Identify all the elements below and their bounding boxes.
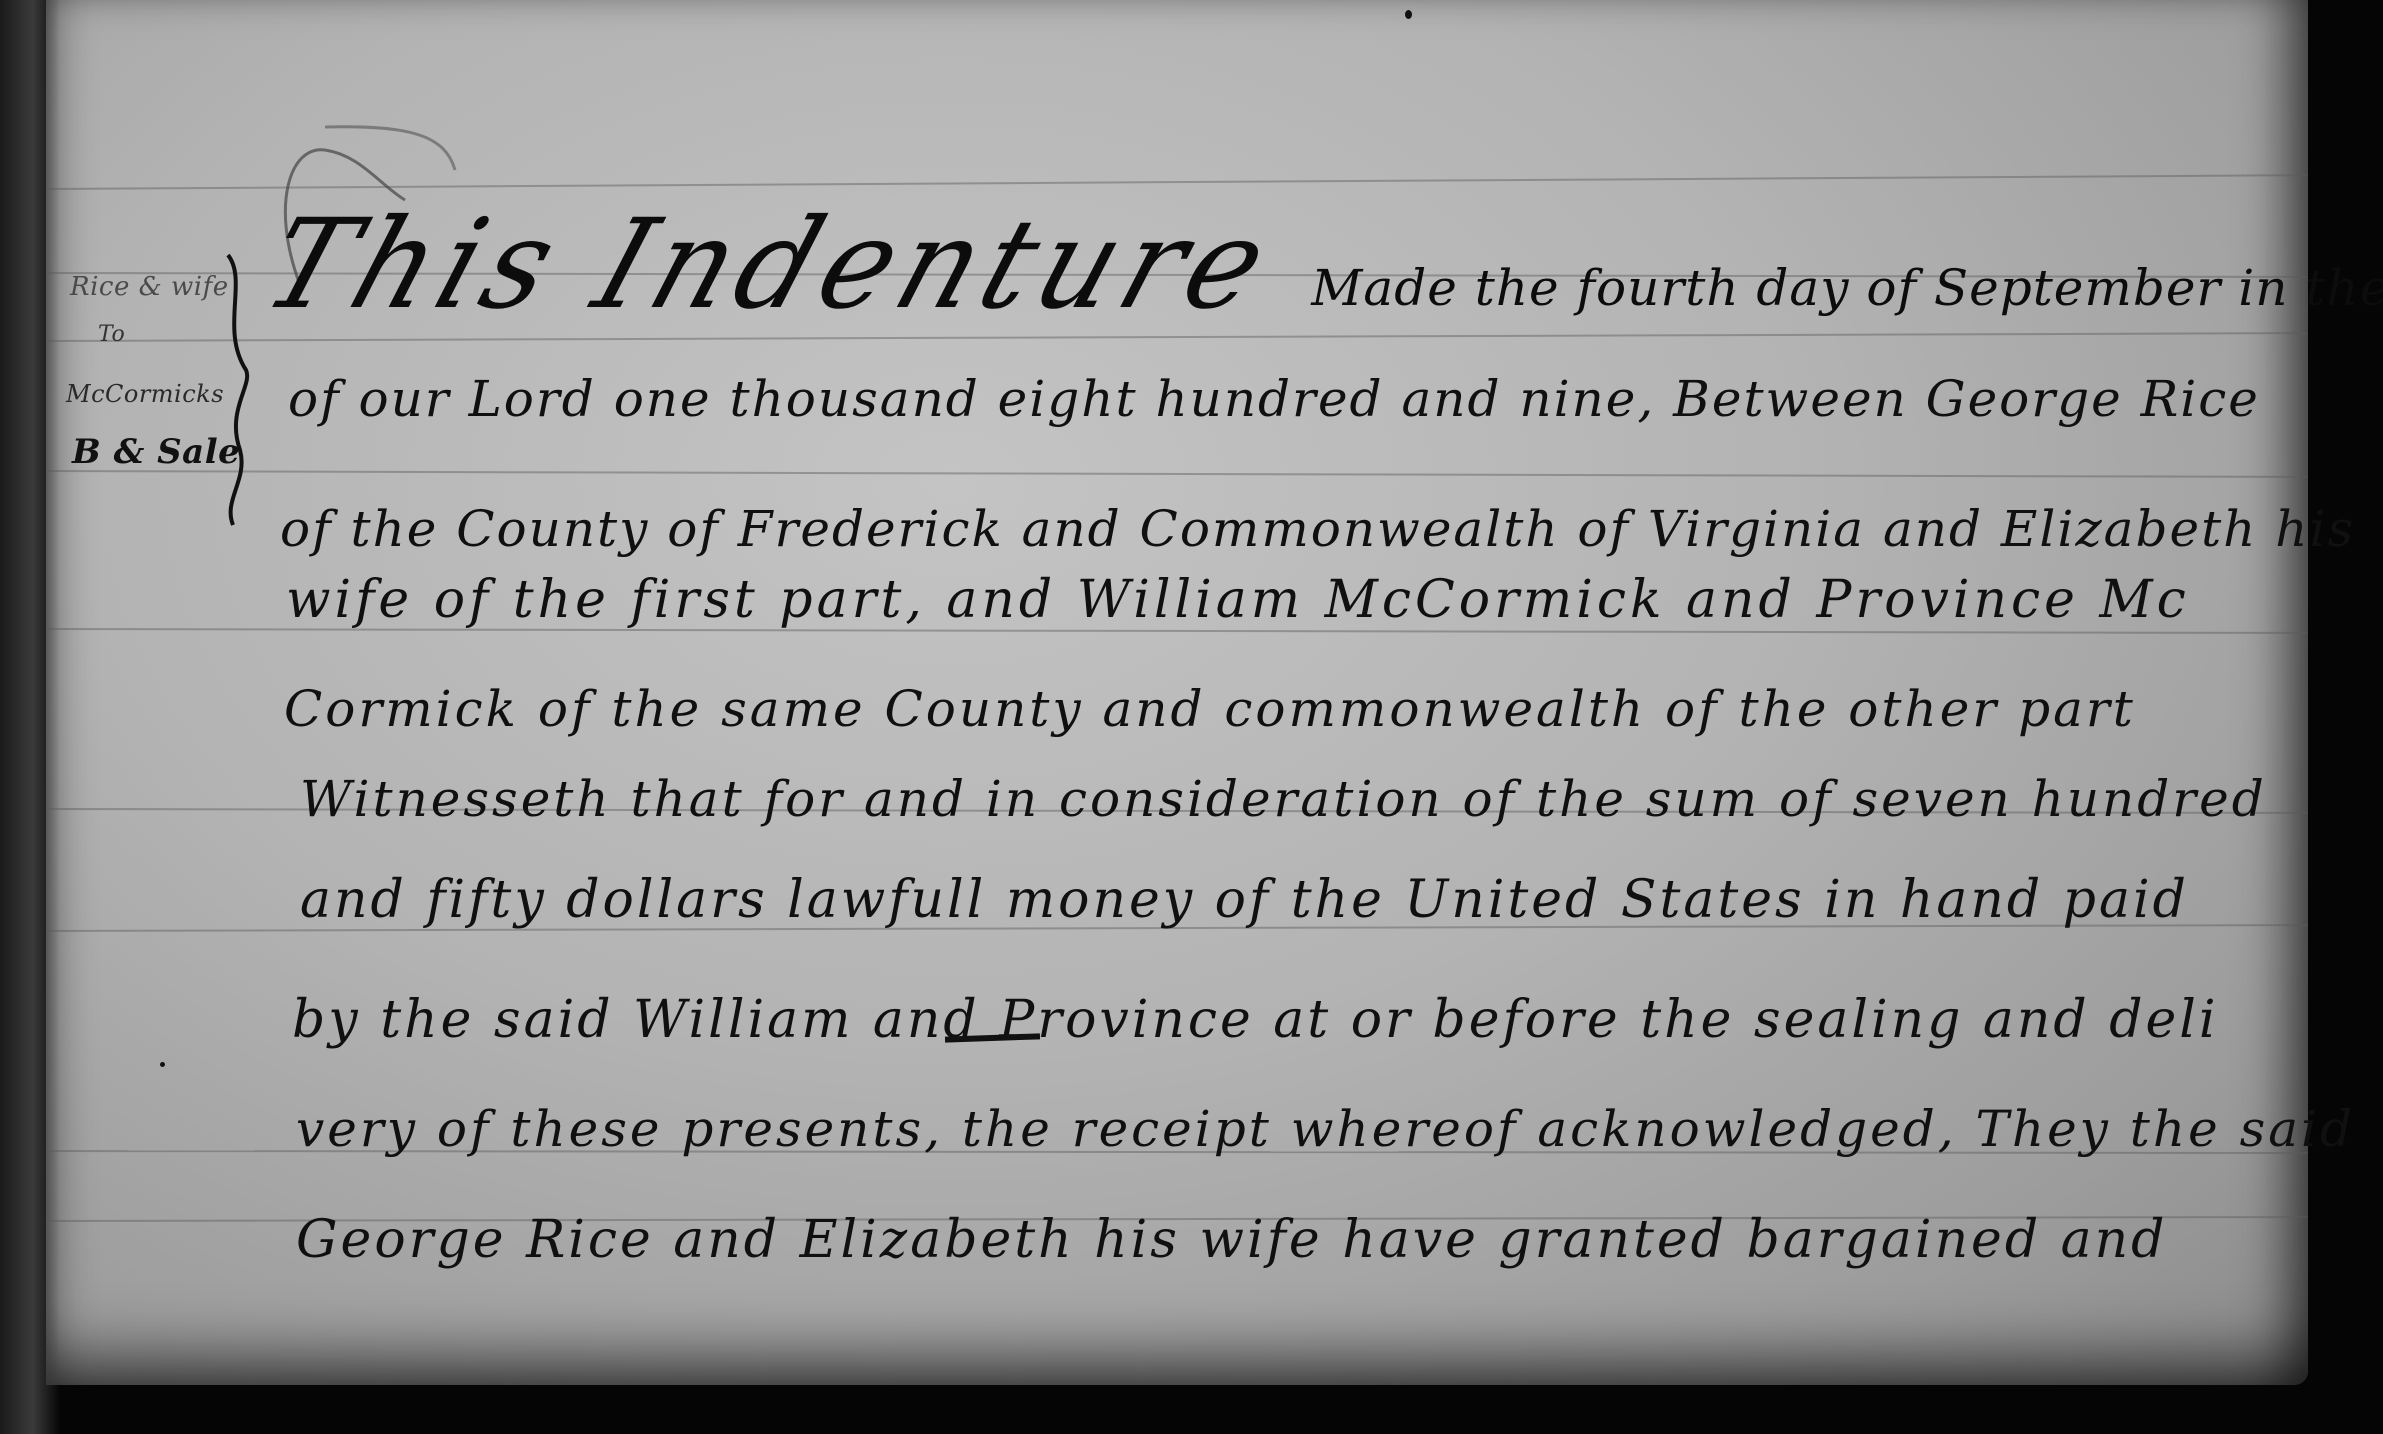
deed-line: Witnesseth that for and in consideration… (300, 770, 2267, 828)
deed-line: of the County of Frederick and Commonwea… (280, 500, 2355, 558)
deed-line: by the said William and Province at or b… (292, 990, 2219, 1050)
deed-line: and fifty dollars lawfull money of the U… (300, 870, 2189, 930)
ink-speck (160, 1062, 165, 1067)
deed-line: wife of the first part, and William McCo… (286, 570, 2190, 630)
deed-line: very of these presents, the receipt wher… (296, 1100, 2355, 1158)
binding-shadow (0, 0, 60, 1434)
margin-note-line: B & Sale (72, 432, 240, 472)
margin-note-line: Rice & wife (70, 272, 229, 302)
margin-note-line: To (98, 322, 125, 347)
deed-line: Cormick of the same County and commonwea… (284, 680, 2136, 738)
margin-note-line: McCormicks (66, 380, 224, 408)
deed-line: of our Lord one thousand eight hundred a… (288, 370, 2260, 428)
brace-icon (218, 250, 258, 530)
deed-heading: This Indenture Made the fourth day of Se… (272, 195, 2383, 333)
deed-title: This Indenture (248, 192, 1291, 337)
deed-line-text: by the said William and Province at or b… (292, 990, 2219, 1050)
deed-line: George Rice and Elizabeth his wife have … (296, 1210, 2167, 1270)
ink-speck (1405, 10, 1412, 19)
deed-heading-continuation: Made the fourth day of September in the … (1311, 259, 2383, 317)
